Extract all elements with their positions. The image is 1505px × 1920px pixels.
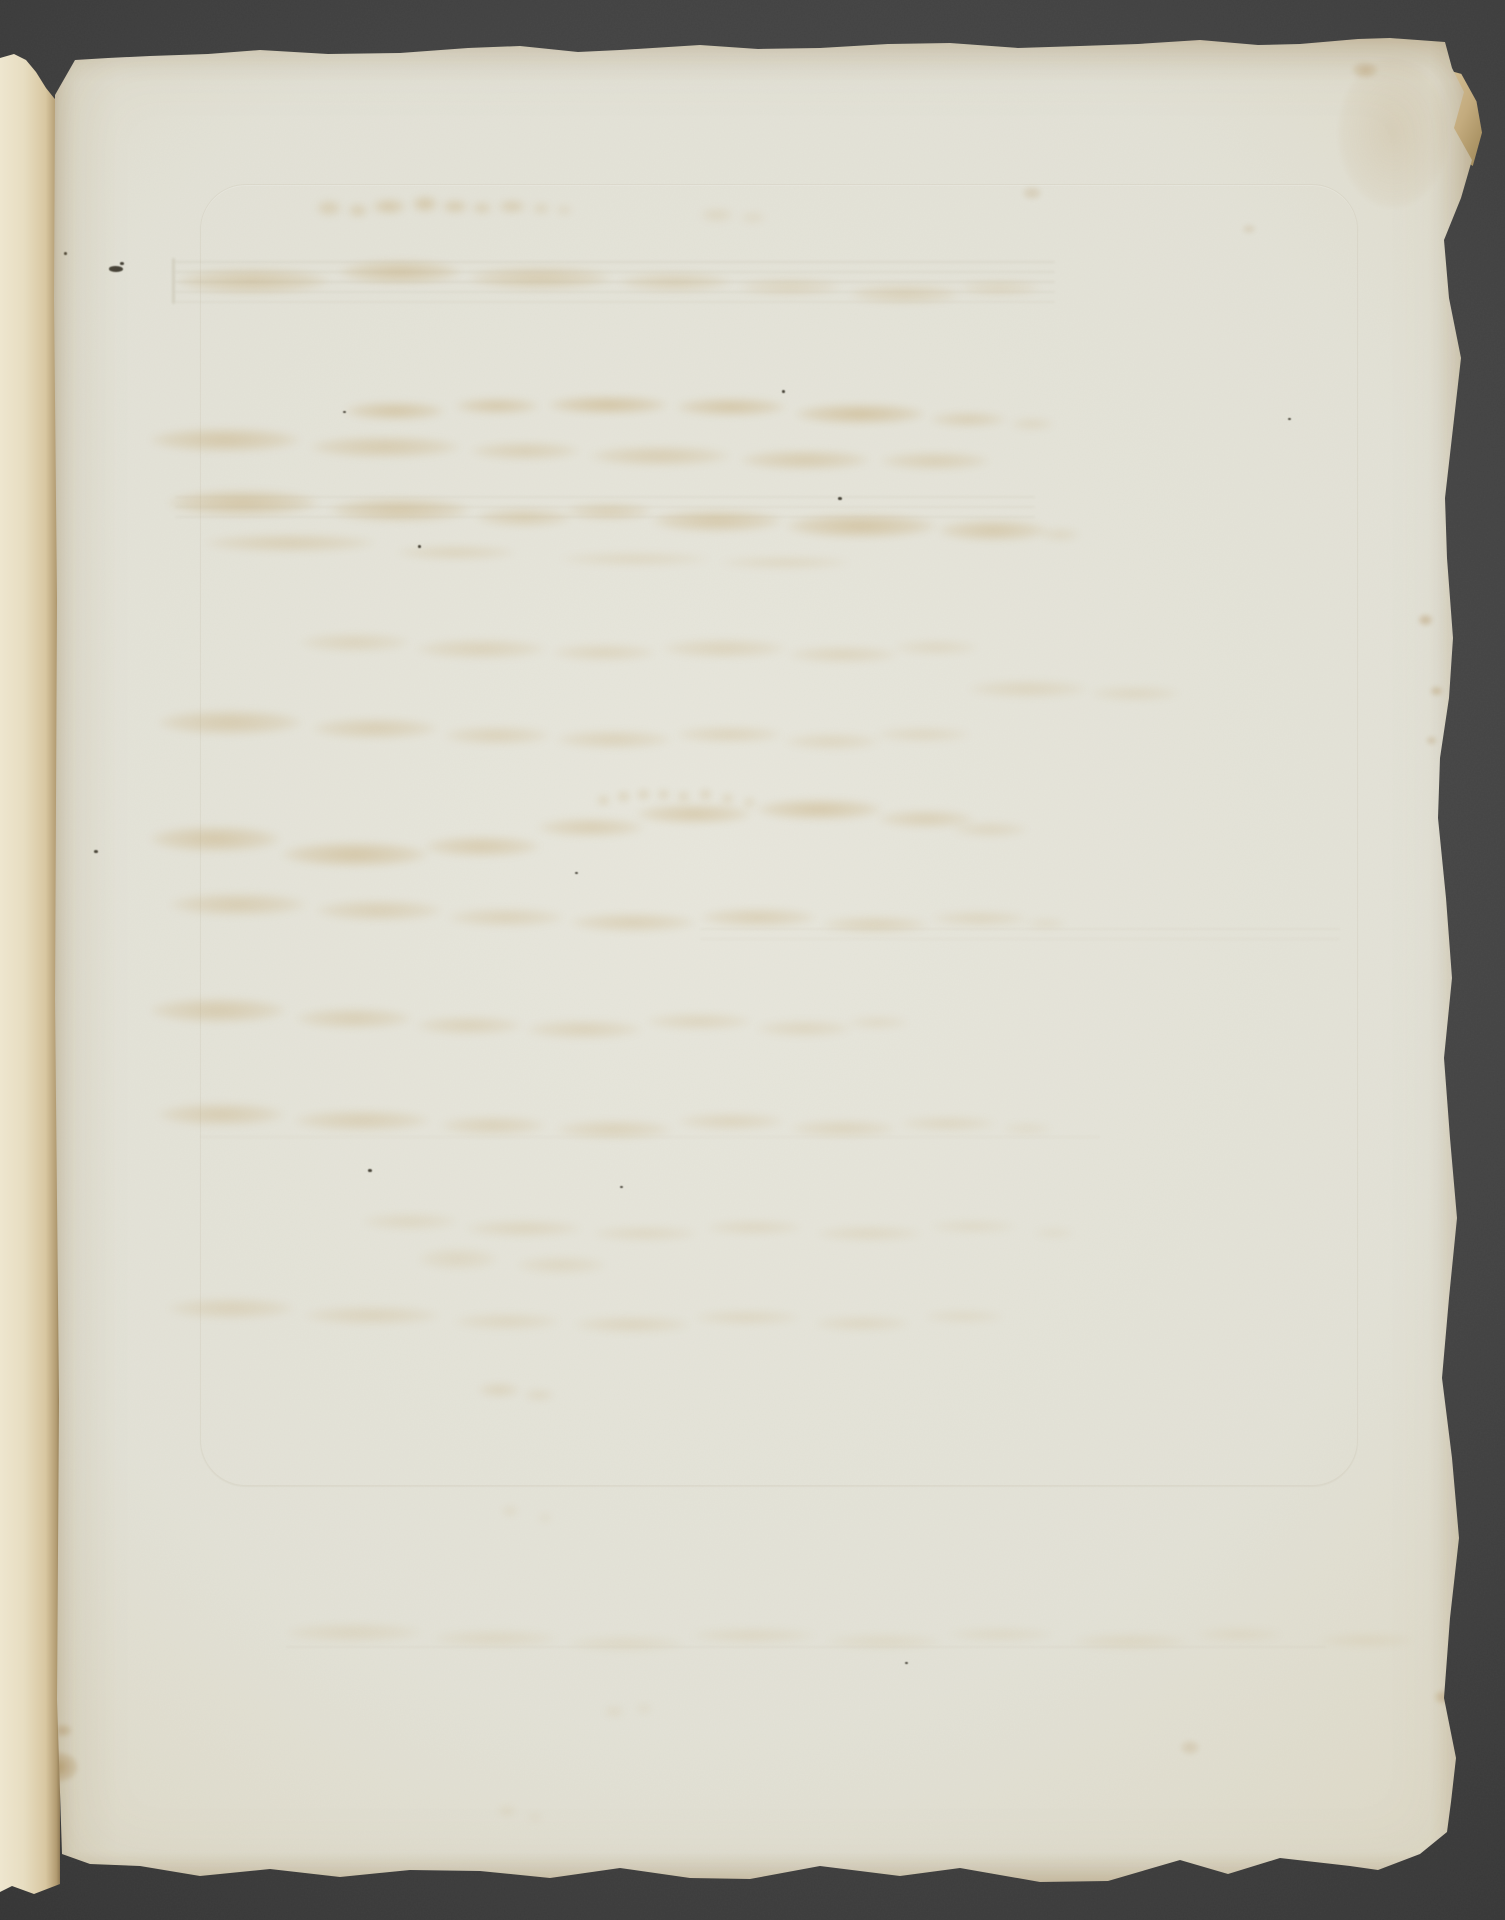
bleedthrough-smudge xyxy=(528,1813,542,1821)
ink-speck xyxy=(64,252,67,255)
bleedthrough-smudge xyxy=(948,1628,1054,1641)
ink-speck xyxy=(94,850,98,853)
ink-speck xyxy=(120,262,124,265)
bleedthrough-smudge xyxy=(502,1506,518,1516)
foxing-stain xyxy=(1180,1740,1200,1755)
bleedthrough-smudge xyxy=(1196,1628,1282,1641)
bleedthrough-smudge xyxy=(690,1628,816,1643)
foxing-stain xyxy=(1352,62,1378,78)
ink-speck xyxy=(109,266,123,272)
bleedthrough-smudge xyxy=(604,1706,624,1717)
bleedthrough-smudge xyxy=(498,1806,516,1816)
foxing-stain xyxy=(1418,614,1433,626)
bleedthrough-smudge xyxy=(826,1634,942,1649)
bleedthrough-smudge xyxy=(568,1636,684,1651)
bleedthrough-smudge xyxy=(636,1704,652,1713)
ghost-staff-line xyxy=(172,258,175,304)
ink-speck xyxy=(905,1662,908,1664)
ghost-staff-line xyxy=(286,1646,1326,1648)
bleedthrough-smudge xyxy=(286,1623,422,1642)
gutter-shadow xyxy=(48,36,128,1888)
adjacent-page-edge xyxy=(0,44,60,1902)
bleedthrough-smudge xyxy=(1072,1634,1188,1649)
foxing-stain xyxy=(1338,58,1448,208)
blank-verso-page xyxy=(48,36,1472,1888)
bleedthrough-smudge xyxy=(1318,1634,1414,1647)
bleedthrough-smudge xyxy=(432,1630,558,1647)
plate-impression xyxy=(200,184,1358,1486)
foxing-stain xyxy=(1430,686,1443,696)
foxing-stain xyxy=(1426,736,1437,745)
scanned-page-photo xyxy=(0,0,1505,1920)
bleedthrough-smudge xyxy=(538,1514,552,1522)
